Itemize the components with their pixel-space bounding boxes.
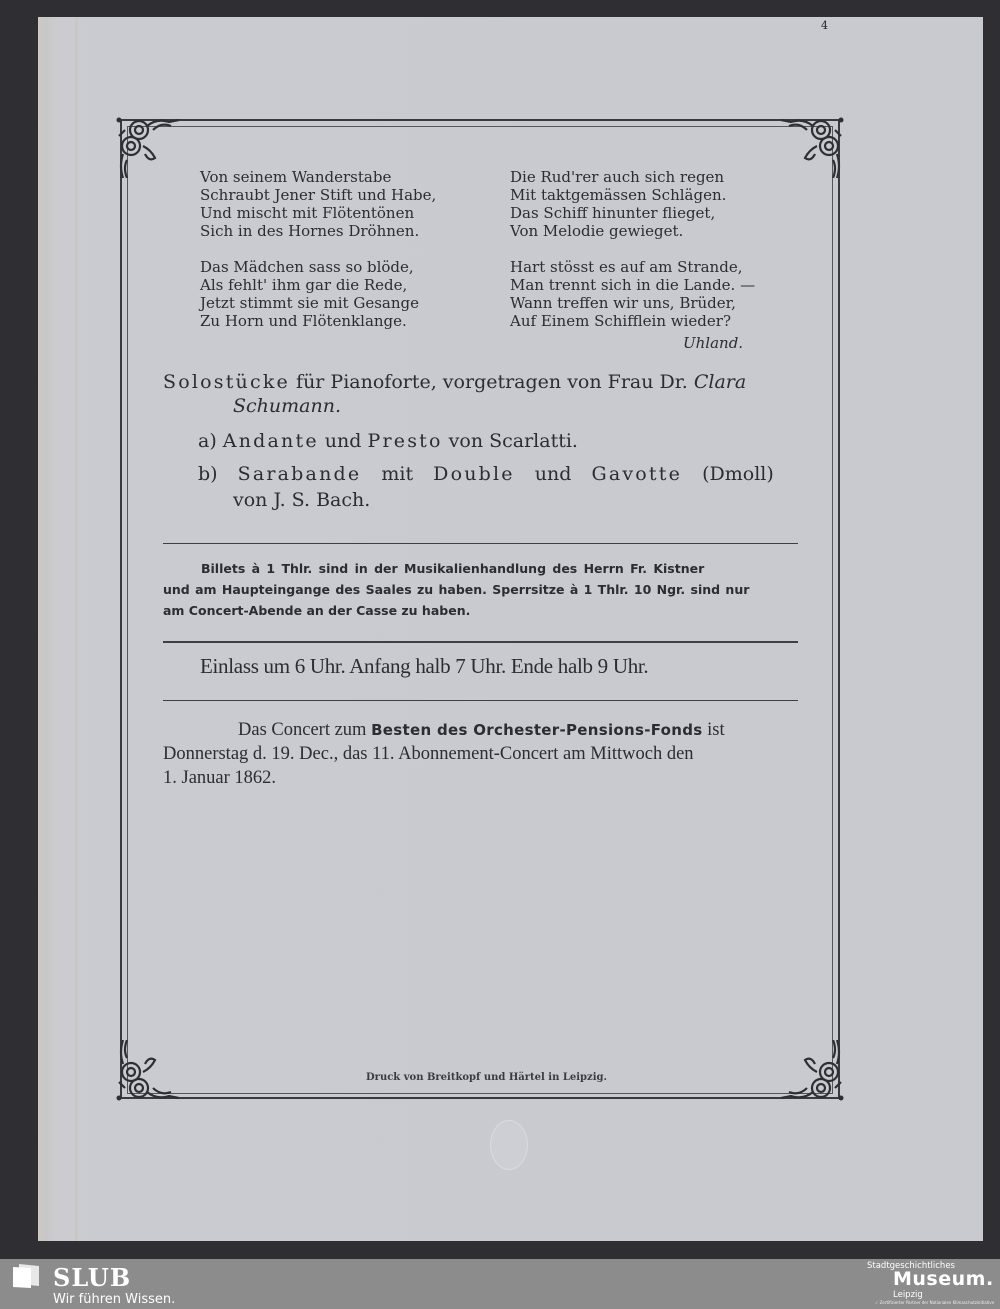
poem-stanza: Von seinem Wanderstabe Schraubt Jener St…: [200, 168, 436, 240]
poem-stanza: Hart stösst es auf am Strande, Man trenn…: [510, 258, 755, 330]
poem-line: Schraubt Jener Stift und Habe,: [200, 186, 436, 204]
performer-first-name: Clara: [694, 371, 746, 393]
poem-stanza: Die Rud'rer auch sich regen Mit taktgemä…: [510, 168, 755, 240]
ornament-corner-icon: [781, 112, 847, 178]
poem-author: Uhland.: [683, 334, 743, 352]
poem-line: Von seinem Wanderstabe: [200, 168, 436, 186]
ticket-line: am Concert-Abende an der Casse zu haben.: [163, 600, 798, 621]
fold-mark: [75, 17, 78, 1241]
solo-heading: Solostücke für Pianoforte, vorgetragen v…: [163, 370, 803, 394]
ornament-corner-icon: [781, 1040, 847, 1106]
slub-logo-icon: [13, 1264, 39, 1288]
ornament-corner-icon: [113, 112, 179, 178]
slub-tagline: Wir führen Wissen.: [53, 1292, 175, 1307]
poem-left-column: Von seinem Wanderstabe Schraubt Jener St…: [200, 168, 436, 348]
embossed-stamp: [490, 1120, 528, 1170]
ticket-info: Billets à 1 Thlr. sind in der Musikalien…: [163, 558, 798, 621]
solo-heading-cont: Schumann.: [163, 394, 803, 418]
poem-line: Das Schiff hinunter flieget,: [510, 204, 755, 222]
performer-last-name: Schumann.: [233, 395, 341, 417]
museum-city: Leipzig: [893, 1290, 923, 1300]
poem-line: Sich in des Hornes Dröhnen.: [200, 222, 436, 240]
poem-line: Hart stösst es auf am Strande,: [510, 258, 755, 276]
checkmark-icon: ✓: [875, 1300, 878, 1305]
footer-banner: SLUB Wir führen Wissen. Stadtgeschichtli…: [0, 1259, 1000, 1309]
poem-right-column: Die Rud'rer auch sich regen Mit taktgemä…: [510, 168, 755, 348]
poem-line: Jetzt stimmt sie mit Gesange: [200, 294, 436, 312]
corner-mark: 4: [821, 19, 828, 32]
separator-rule: [163, 700, 798, 701]
solo-pieces-section: Solostücke für Pianoforte, vorgetragen v…: [163, 370, 803, 418]
museum-partner-note: ✓ Zertifizierter Partner der Nationalen …: [875, 1300, 994, 1305]
poem-line: Auf Einem Schifflein wieder?: [510, 312, 755, 330]
ornament-corner-icon: [113, 1040, 179, 1106]
poem-line: Wann treffen wir uns, Brüder,: [510, 294, 755, 312]
program-item-b-composer: von J. S. Bach.: [233, 488, 370, 512]
poem-line: Zu Horn und Flötenklange.: [200, 312, 436, 330]
program-item-a: a) Andante und Presto von Scarlatti.: [198, 429, 578, 453]
museum-name: Museum.: [893, 1268, 994, 1290]
schedule-times: Einlass um 6 Uhr. Anfang halb 7 Uhr. End…: [200, 654, 648, 679]
poem-line: Mit taktgemässen Schlägen.: [510, 186, 755, 204]
poem-line: Das Mädchen sass so blöde,: [200, 258, 436, 276]
poem-stanza: Das Mädchen sass so blöde, Als fehlt' ih…: [200, 258, 436, 330]
separator-rule: [163, 543, 798, 544]
poem-line: Und mischt mit Flötentönen: [200, 204, 436, 222]
next-concert-announcement: Das Concert zum Besten des Orchester-Pen…: [163, 718, 803, 790]
poem-line: Die Rud'rer auch sich regen: [510, 168, 755, 186]
ticket-line: und am Haupteingange des Saales zu haben…: [163, 579, 798, 600]
separator-rule: [163, 641, 798, 643]
slub-title: SLUB: [53, 1263, 131, 1292]
poem-line: Von Melodie gewieget.: [510, 222, 755, 240]
printer-imprint: Druck von Breitkopf und Härtel in Leipzi…: [366, 1072, 607, 1083]
fund-name: Besten des Orchester-Pensions-Fonds: [371, 721, 702, 739]
ticket-line: Billets à 1 Thlr. sind in der Musikalien…: [163, 558, 798, 579]
program-item-b: b) Sarabande mit Double und Gavotte (Dmo…: [198, 462, 774, 486]
poem-line: Als fehlt' ihm gar die Rede,: [200, 276, 436, 294]
poem-line: Man trennt sich in die Lande. —: [510, 276, 755, 294]
